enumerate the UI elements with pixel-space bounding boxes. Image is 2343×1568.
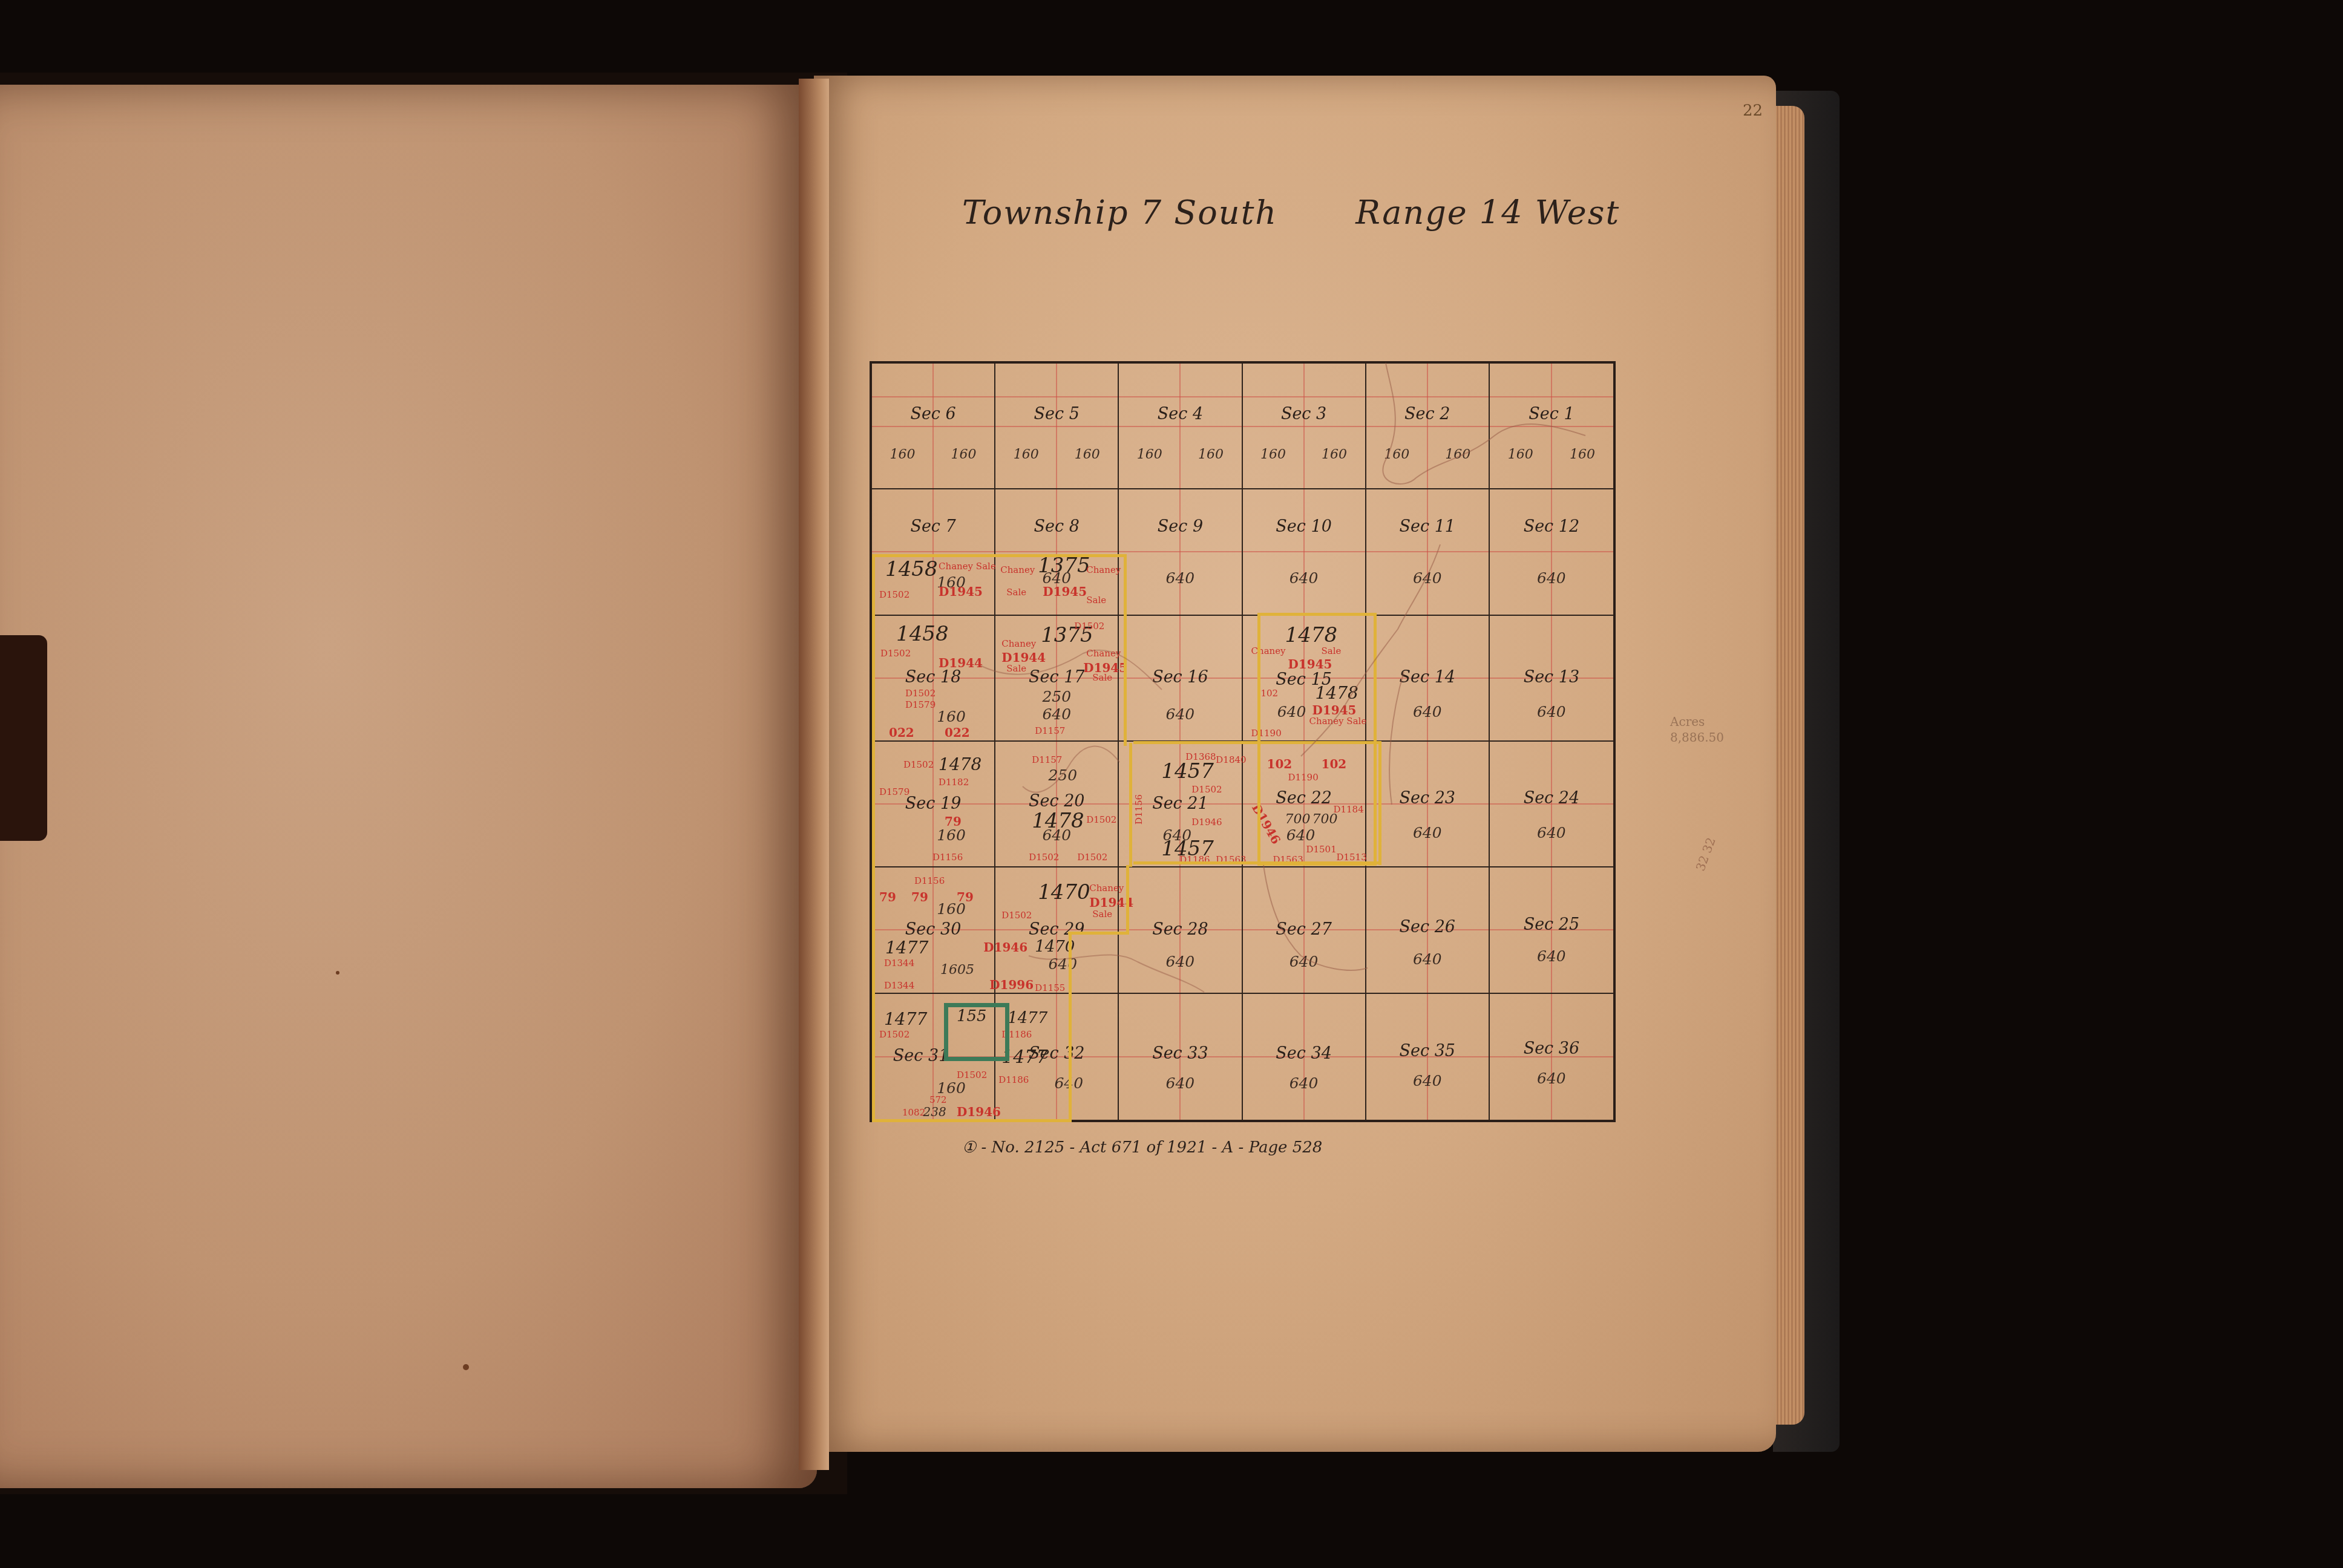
annotation: Chaney Sale [1309, 716, 1367, 727]
section-label: Sec 6 [872, 405, 994, 423]
section-34[interactable]: Sec 34 640 [1243, 994, 1366, 1120]
annotation: D1190 [1288, 772, 1319, 783]
annotation: Sale [1086, 595, 1106, 606]
annotation: D1186 [1179, 854, 1210, 865]
tract-number: 1470 [1038, 880, 1090, 904]
annotation: D1190 [1251, 728, 1282, 739]
tract-number: 1477 [885, 938, 928, 958]
title-range: Range 14 West [1355, 194, 1620, 232]
acreage: 160160 [1243, 447, 1365, 462]
acreage: 640 [1490, 569, 1613, 587]
margin-pencil-note: Acres 8,886.50 [1670, 714, 1724, 745]
acreage-value: 160 [1198, 447, 1224, 462]
section-label: Sec 5 [995, 405, 1118, 423]
section-2[interactable]: Sec 2 160160 [1366, 364, 1490, 489]
annotation: D1502 [880, 648, 911, 659]
acreage: 640 [995, 826, 1118, 844]
section-30[interactable]: 79 79 79 D1156 160 Sec 30 1477 D1344 160… [872, 867, 995, 993]
section-16[interactable]: Sec 16 640 [1119, 616, 1242, 742]
section-label: Sec 34 [1243, 1044, 1365, 1063]
section-label: Sec 8 [995, 517, 1118, 536]
acreage-value: 160 [1260, 447, 1286, 462]
annotation: Sale [1092, 909, 1112, 920]
tract-number: 1478 [1316, 683, 1358, 703]
section-11[interactable]: Sec 11 640 [1366, 489, 1490, 615]
annotation: D1156 [1133, 794, 1144, 825]
acreage: 160160 [1490, 447, 1613, 462]
annotation: D1502 [905, 688, 936, 699]
section-label: Sec 12 [1490, 517, 1613, 536]
section-25[interactable]: Sec 25 640 [1490, 867, 1613, 993]
section-29[interactable]: 1470 Chaney D1944 Sale D1502 Sec 29 D194… [995, 867, 1119, 993]
section-label: Sec 11 [1366, 517, 1489, 536]
acreage-value: 160 [1322, 447, 1347, 462]
annotation: 79 [879, 890, 896, 904]
acreage: 640 [1237, 826, 1365, 844]
section-label: Sec 19 [872, 794, 994, 813]
section-label: Sec 2 [1366, 405, 1489, 423]
annotation: Chaney Sale [939, 561, 996, 572]
tract-number: 1478 [939, 754, 981, 774]
book-gutter [799, 79, 829, 1470]
acreage: 250 [995, 688, 1118, 705]
section-13[interactable]: Sec 13 640 [1490, 616, 1613, 742]
section-31[interactable]: 1477 D1502 Sec 31 D1502 160 572 D1946 10… [872, 994, 995, 1120]
section-9[interactable]: Sec 9 640 [1119, 489, 1242, 615]
annotation: D1156 [914, 875, 945, 886]
section-label: Sec 7 [872, 517, 994, 536]
acreage: 640 [1490, 703, 1613, 720]
annotation: D1840 [1216, 754, 1246, 765]
section-label: Sec 23 [1366, 789, 1489, 808]
paper-stain [336, 971, 339, 975]
annotation: D1156 [932, 852, 963, 863]
paper-stain [463, 1364, 469, 1370]
tract-number: 1477 [884, 1009, 927, 1029]
tract-number: 1477 [1001, 1047, 1047, 1068]
section-label: Sec 29 [995, 920, 1118, 939]
acreage: 640 [995, 705, 1118, 723]
section-label: Sec 31 [848, 1047, 994, 1065]
acreage: 640 [1490, 947, 1613, 965]
section-label: Sec 1 [1490, 405, 1613, 423]
annotation: D1513 [1337, 852, 1367, 863]
annotation: 022 [945, 725, 970, 740]
acreage-value: 160 [1075, 447, 1100, 462]
township-plat-grid: Sec 6 160160 Sec 5 160160 Sec 4 160160 S… [870, 361, 1616, 1122]
section-8[interactable]: Sec 8 1375 Chaney Chaney 640 D1945 Sale … [995, 489, 1119, 615]
section-24[interactable]: Sec 24 640 [1490, 742, 1613, 867]
left-page-blank [0, 85, 817, 1488]
annotation: D1563 [1216, 854, 1246, 865]
section-label: Sec 26 [1366, 918, 1489, 936]
acreage: 160160 [1366, 447, 1489, 462]
acreage-value: 160 [1014, 447, 1039, 462]
section-12[interactable]: Sec 12 640 [1490, 489, 1613, 615]
annotation: Sale [1006, 587, 1026, 598]
acreage: 250 [1008, 766, 1118, 784]
section-label: Sec 16 [1119, 668, 1241, 687]
annotation: 572 [929, 1094, 947, 1105]
acreage: 640 [1119, 569, 1241, 587]
acreage-value: 160 [1445, 447, 1470, 462]
section-33[interactable]: Sec 33 640 [1119, 994, 1242, 1120]
acreage: 640 [1020, 1074, 1118, 1092]
acreage-value: 160 [951, 447, 977, 462]
annotation: D1502 [903, 759, 934, 770]
acreage: 160160 [1119, 447, 1241, 462]
acreage: 640 [1119, 953, 1241, 970]
tract-number: 1457 [1161, 759, 1214, 783]
section-label: Sec 30 [872, 920, 994, 939]
annotation: Chaney [1001, 638, 1036, 649]
annotation: 102 [1261, 688, 1279, 699]
annotation: D1344 [884, 958, 914, 969]
annotation: D1946 [1191, 817, 1222, 828]
section-label: Sec 13 [1490, 668, 1613, 687]
section-label: Sec 14 [1366, 668, 1489, 687]
tract-number: 1458 [896, 622, 949, 646]
section-6[interactable]: Sec 6 160160 [872, 364, 995, 489]
acreage: 640 [1366, 824, 1489, 841]
section-label: Sec 20 [995, 792, 1118, 811]
section-17[interactable]: 1375 Chaney D1944 Sale D1502 Chaney D194… [995, 616, 1119, 742]
acreage: 640 [1243, 569, 1365, 587]
section-label: Sec 9 [1119, 517, 1241, 536]
acreage: 640 [1366, 1072, 1489, 1089]
annotation: D1945 [939, 584, 983, 599]
annotation: D1502 [1001, 910, 1032, 921]
annotation: D1501 [1306, 844, 1337, 855]
acreage-value: 160 [1137, 447, 1162, 462]
section-1[interactable]: Sec 1 160160 [1490, 364, 1613, 489]
annotation: D1502 [1191, 784, 1222, 795]
annotation: Sale [1322, 645, 1342, 656]
margin-note-line: 8,886.50 [1670, 730, 1724, 745]
tract-number: 1470 [1035, 938, 1075, 956]
section-14[interactable]: Sec 14 640 [1366, 616, 1490, 742]
acreage: 160 [908, 708, 994, 725]
section-7[interactable]: Sec 7 1458 Chaney Sale 160 D1945 D1502 [872, 489, 995, 615]
section-label: Sec 33 [1119, 1044, 1241, 1063]
section-22[interactable]: 102 102 D1190 Sec 22 D1946 700 700 640 D… [1243, 742, 1366, 867]
annotation: D1502 [879, 1029, 909, 1040]
annotation: D1182 [939, 777, 969, 788]
annotation: Chaney [1251, 645, 1286, 656]
page-title: Township 7 South Range 14 West [962, 194, 1507, 232]
annotation: D1996 [989, 978, 1034, 992]
annotation: D1344 [884, 980, 914, 991]
section-21[interactable]: D1368 D1840 1457 D1502 Sec 21 D1156 D194… [1119, 742, 1242, 867]
acreage: 640 [1243, 1074, 1365, 1092]
annotation: D1502 [1074, 621, 1104, 632]
acreage: 640 [1366, 569, 1489, 587]
acreage-value: 160 [890, 447, 916, 462]
annotation: D1157 [1035, 725, 1065, 736]
section-4[interactable]: Sec 4 160160 [1119, 364, 1242, 489]
annotation: D1155 [1035, 982, 1065, 993]
annotation: 102 [1267, 757, 1293, 771]
annotation: D1502 [1077, 852, 1107, 863]
acreage: 640 [1243, 953, 1365, 970]
section-label: Sec 25 [1490, 915, 1613, 934]
acreage: 640 [1008, 955, 1118, 973]
section-3[interactable]: Sec 3 160160 [1243, 364, 1366, 489]
acreage: 640 [1490, 824, 1613, 841]
acreage-value: 160 [1384, 447, 1409, 462]
section-36[interactable]: Sec 36 640 [1490, 994, 1613, 1120]
annotation: D1502 [1029, 852, 1059, 863]
annotation: D1502 [1086, 814, 1116, 825]
section-label: Sec 27 [1243, 920, 1365, 939]
tract-number: 1477 [1008, 1009, 1047, 1027]
section-label: Sec 3 [1243, 405, 1365, 423]
annotation: D1945 [1288, 657, 1332, 671]
tract-number: 1478 [1285, 623, 1338, 647]
margin-note-line: Acres [1670, 714, 1724, 730]
annotation: D1502 [879, 589, 909, 600]
acreage-value: 160 [1570, 447, 1595, 462]
section-label: Sec 17 [995, 668, 1118, 687]
section-label: Sec 18 [872, 668, 994, 687]
section-18[interactable]: 1458 D1502 D1944 Sec 18 D1502 D1579 160 … [872, 616, 995, 742]
section-27[interactable]: Sec 27 640 [1243, 867, 1366, 993]
annotation: Chaney [1086, 648, 1121, 659]
section-label: Sec 36 [1490, 1039, 1613, 1058]
section-28[interactable]: Sec 28 640 [1119, 867, 1242, 993]
section-35[interactable]: Sec 35 640 [1366, 994, 1490, 1120]
acreage: 640 [1490, 1070, 1613, 1087]
section-19[interactable]: D1502 1478 D1182 D1579 Sec 19 79 160 D11… [872, 742, 995, 867]
annotation: D1945 [1043, 584, 1087, 599]
section-label: Sec 4 [1119, 405, 1241, 423]
acreage: 640 [1366, 703, 1489, 720]
annotation: D1184 [1334, 804, 1364, 815]
annotation: 022 [889, 725, 914, 740]
acreage: 160 [908, 1079, 994, 1097]
acreage: 238 [875, 1105, 994, 1119]
section-32[interactable]: 1477 D1186 Sec 32 1477 D1186 640 [995, 994, 1119, 1120]
section-23[interactable]: Sec 23 640 [1366, 742, 1490, 867]
section-20[interactable]: D1157 250 Sec 20 1478 D1502 640 D1502 D1… [995, 742, 1119, 867]
footnote: ① - No. 2125 - Act 671 of 1921 - A - Pag… [962, 1138, 1322, 1157]
page-number: 22 [1743, 102, 1763, 120]
annotation: D1946 [983, 940, 1027, 955]
acreage: 640 [1366, 950, 1489, 968]
section-5[interactable]: Sec 5 160160 [995, 364, 1119, 489]
acreage: 160 [908, 900, 994, 918]
annotation: D1186 [1001, 1029, 1032, 1040]
page-tab-marker [0, 635, 47, 841]
acreage-value: 160 [1508, 447, 1533, 462]
acreage: 640 [1119, 1074, 1241, 1092]
annotation: D1502 [957, 1070, 987, 1080]
section-15[interactable]: 1478 Chaney Sale D1945 Sec 15 102 1478 6… [1243, 616, 1366, 742]
section-10[interactable]: Sec 10 640 [1243, 489, 1366, 615]
annotation: 102 [1322, 757, 1347, 771]
acreage: 160160 [995, 447, 1118, 462]
annotation: D1157 [1032, 754, 1062, 765]
title-township: Township 7 South [962, 194, 1277, 232]
section-label: Sec 10 [1243, 517, 1365, 536]
acreage: 160160 [872, 447, 994, 462]
section-label: Sec 24 [1490, 789, 1613, 808]
acreage: 1605 [920, 962, 994, 978]
acreage: 160 [908, 826, 994, 844]
section-26[interactable]: Sec 26 640 [1366, 867, 1490, 993]
section-label: Sec 35 [1366, 1042, 1489, 1060]
annotation: D1563 [1273, 854, 1303, 865]
section-label: Sec 28 [1119, 920, 1241, 939]
